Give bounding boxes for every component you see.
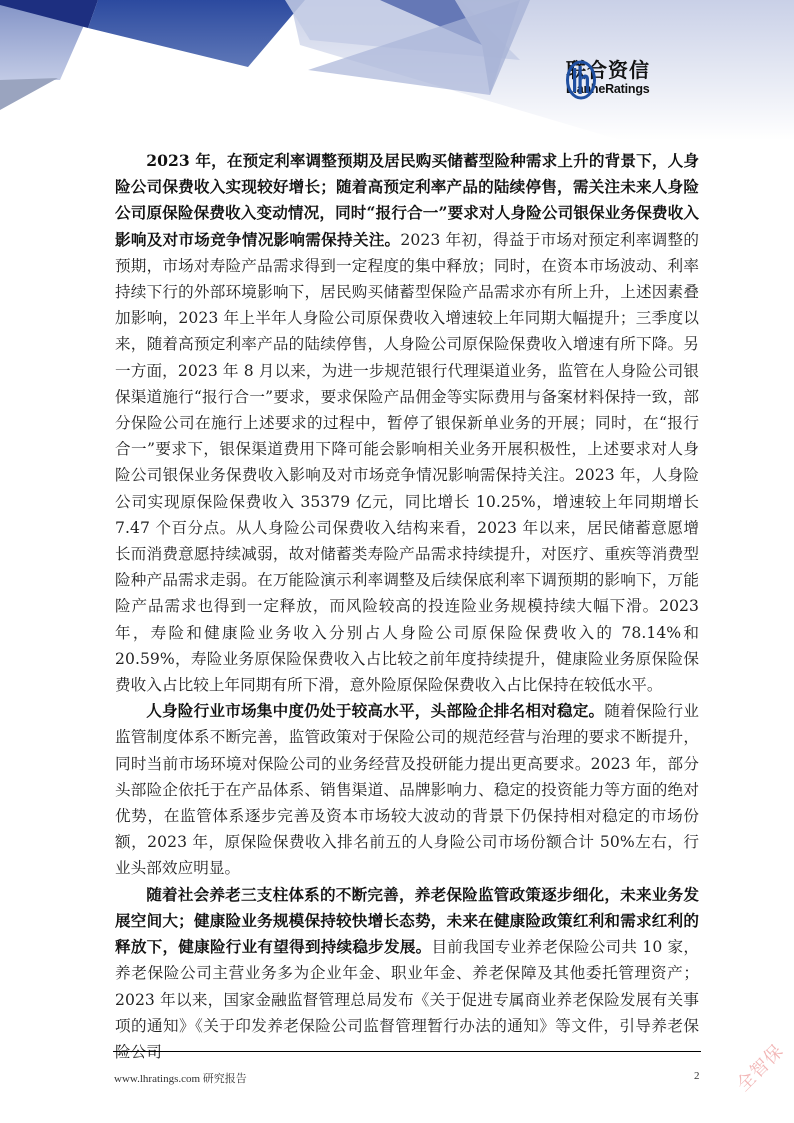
banner-geometric-shapes (0, 0, 794, 140)
lianhe-logo-icon (566, 60, 596, 100)
lianhe-logo: 联合资信 LianheRatings (566, 60, 650, 96)
paragraph-life-insurance-premium: 2023 年，在预定利率调整预期及居民购买储蓄型险种需求上升的背景下，人身险公司… (115, 148, 699, 698)
footer-site-link[interactable]: www.lhratings.com 研究报告 (114, 1070, 247, 1086)
paragraph-text: 2023 年初，得益于市场对预定利率调整的预期，市场对寿险产品需求得到一定程度的… (115, 231, 699, 694)
paragraph-pension-health-insurance: 随着社会养老三支柱体系的不断完善，养老保险监管政策逐步细化，未来业务发展空间大；… (115, 882, 699, 1065)
page-number: 2 (694, 1070, 700, 1082)
report-body: 2023 年，在预定利率调整预期及居民购买储蓄型险种需求上升的背景下，人身险公司… (115, 148, 699, 1065)
paragraph-market-concentration: 人身险行业市场集中度仍处于较高水平，头部险企排名相对稳定。随着保险行业监管制度体… (115, 698, 699, 881)
footer-divider (113, 1051, 701, 1052)
header-banner: 联合资信 LianheRatings (0, 0, 794, 140)
watermark: 全智保 (730, 1038, 789, 1097)
paragraph-text: 随着保险行业监管制度体系不断完善，监管政策对于保险公司的规范经营与治理的要求不断… (115, 702, 699, 877)
paragraph-text: 目前我国专业养老保险公司共 10 家，养老保险公司主营业务多为企业年金、职业年金… (115, 938, 699, 1061)
paragraph-lead-bold: 人身险行业市场集中度仍处于较高水平，头部险企排名相对稳定。 (146, 701, 604, 720)
